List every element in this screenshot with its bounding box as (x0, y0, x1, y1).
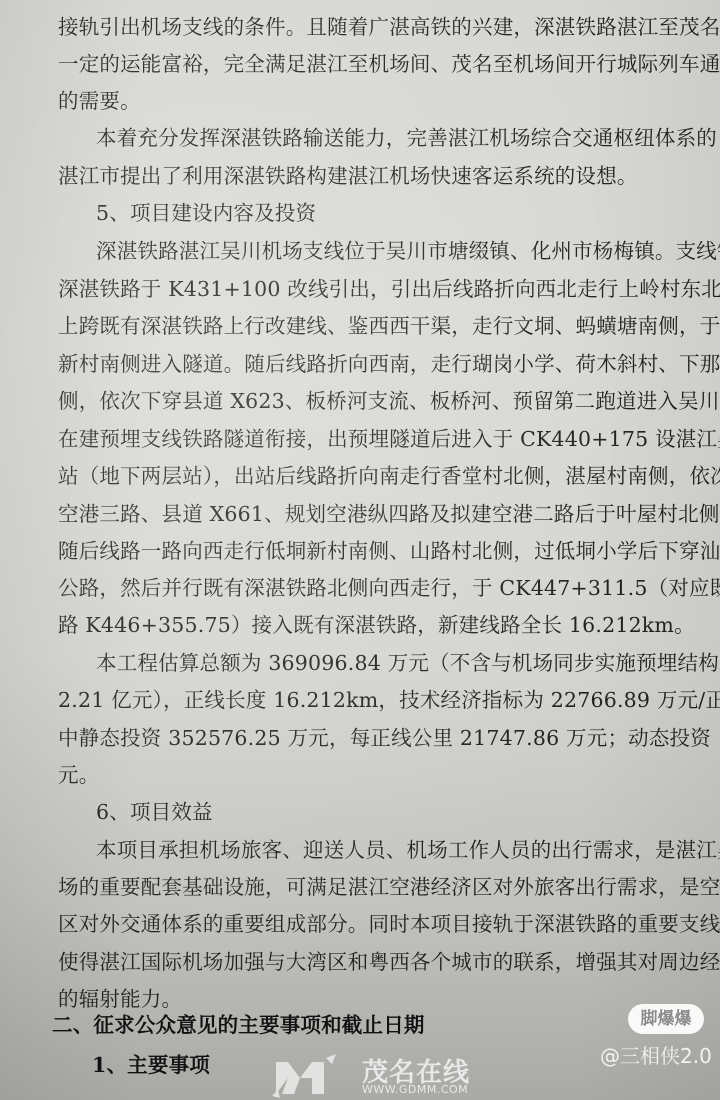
document-line: 中静态投资 352576.25 万元，每正线公里 21747.86 万元；动态投… (58, 725, 720, 752)
document-line: 接轨引出机场支线的条件。且随着广湛高铁的兴建，深湛铁路湛江至茂名段将有 (58, 14, 720, 41)
document-line: 深湛铁路于 K431+100 改线引出，引出后线路折向西北走行上岭村东北侧，依次 (58, 276, 720, 303)
document-line: 站（地下两层站），出站后线路折向南走行香堂村北侧，湛屋村南侧，依次下穿 (58, 463, 720, 490)
watermark-logo-url: WWW.GDMM.COM (362, 1083, 468, 1096)
document-line: 一定的运能富裕，完全满足湛江至机场间、茂名至机场间开行城际列车通行能力 (58, 51, 720, 78)
document-line: 上跨既有深湛铁路上行改建线、鉴西西干渠，走行文垌、蚂蟥塘南侧，于杨梅镇 (58, 313, 720, 340)
document-line: 空港三路、县道 X661、规划空港纵四路及拟建空港二路后于叶屋村北侧出地面， (58, 501, 720, 528)
sub-heading: 1、主要事项 (92, 1052, 210, 1079)
watermark-logo: 茂名在线 WWW.GDMM.COM (270, 1052, 470, 1100)
document-line: 路 K446+355.75）接入既有深湛铁路，新建线路全长 16.212km。 (58, 612, 695, 639)
document-line: 的辐射能力。 (58, 986, 182, 1013)
document-line: 区对外交通体系的重要组成部分。同时本项目接轨于深湛铁路的重要支线铁路， (58, 911, 720, 938)
document-line: 元。 (58, 762, 99, 789)
document-line: 2.21 亿元），正线长度 16.212km，技术经济指标为 22766.89 … (58, 687, 720, 714)
document-line: 6、项目效益 (96, 799, 213, 826)
document-line: 湛江市提出了利用深湛铁路构建湛江机场快速客运系统的设想。 (58, 163, 638, 190)
document-line: 场的重要配套基础设施，可满足湛江空港经济区对外旅客出行需求，是空港经济 (58, 874, 720, 901)
document-page: 接轨引出机场支线的条件。且随着广湛高铁的兴建，深湛铁路湛江至茂名段将有一定的运能… (0, 0, 720, 1100)
document-line: 随后线路一路向西走行低垌新村南侧、山路村北侧，过低垌小学后下穿汕湛高速 (58, 538, 720, 565)
document-line: 5、项目建设内容及投资 (96, 200, 316, 227)
watermark-user: @三相侠2.0 (600, 1040, 712, 1069)
logo-m-icon (270, 1052, 356, 1100)
document-line: 的需要。 (58, 88, 141, 115)
document-line: 新村南侧进入隧道。随后线路折向西南，走行瑚岗小学、荷木斜村、下那扶村南 (58, 351, 720, 378)
document-line: 在建预埋支线铁路隧道衔接，出预埋隧道后进入于 CK440+175 设湛江吴川机场 (58, 426, 720, 453)
section-heading: 二、征求公众意见的主要事项和截止日期 (52, 1012, 425, 1039)
document-line: 侧，依次下穿县道 X623、板桥河支流、板桥河、预留第二跑道进入吴川机场与 (58, 388, 720, 415)
watermark-badge: 脚爆爆 (628, 1004, 704, 1034)
document-line: 深湛铁路湛江吴川机场支线位于吴川市塘缀镇、化州市杨梅镇。支线铁路由 (96, 238, 720, 265)
document-line: 公路，然后并行既有深湛铁路北侧向西走行，于 CK447+311.5（对应既有深湛… (58, 575, 720, 602)
document-line: 本项目承担机场旅客、迎送人员、机场工作人员的出行需求，是湛江吴川机 (96, 837, 720, 864)
document-line: 本工程估算总额为 369096.84 万元（不含与机场同步实施预埋结构工程的 (96, 650, 720, 677)
document-line: 使得湛江国际机场加强与大湾区和粤西各个城市的联系，增强其对周边经济发展 (58, 949, 720, 976)
document-line: 本着充分发挥深湛铁路输送能力，完善湛江机场综合交通枢纽体系的目标， (96, 125, 720, 152)
